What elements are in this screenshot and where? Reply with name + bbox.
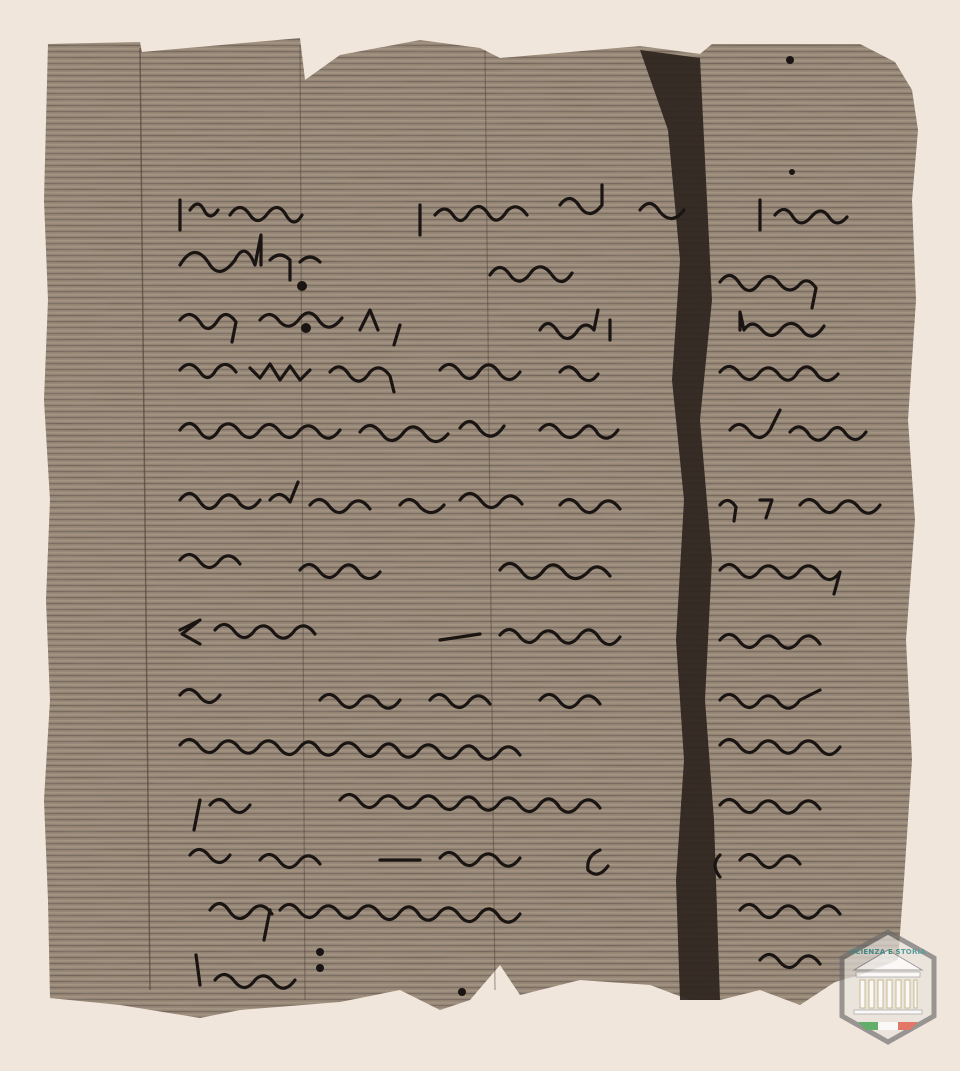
temple-icon xyxy=(836,928,940,1046)
watermark-text: SCIENZA E STORIA xyxy=(836,948,940,956)
papyrus-sheet xyxy=(44,38,918,1018)
watermark-logo: SCIENZA E STORIA xyxy=(836,928,940,1046)
papyrus-photo xyxy=(0,0,960,1071)
